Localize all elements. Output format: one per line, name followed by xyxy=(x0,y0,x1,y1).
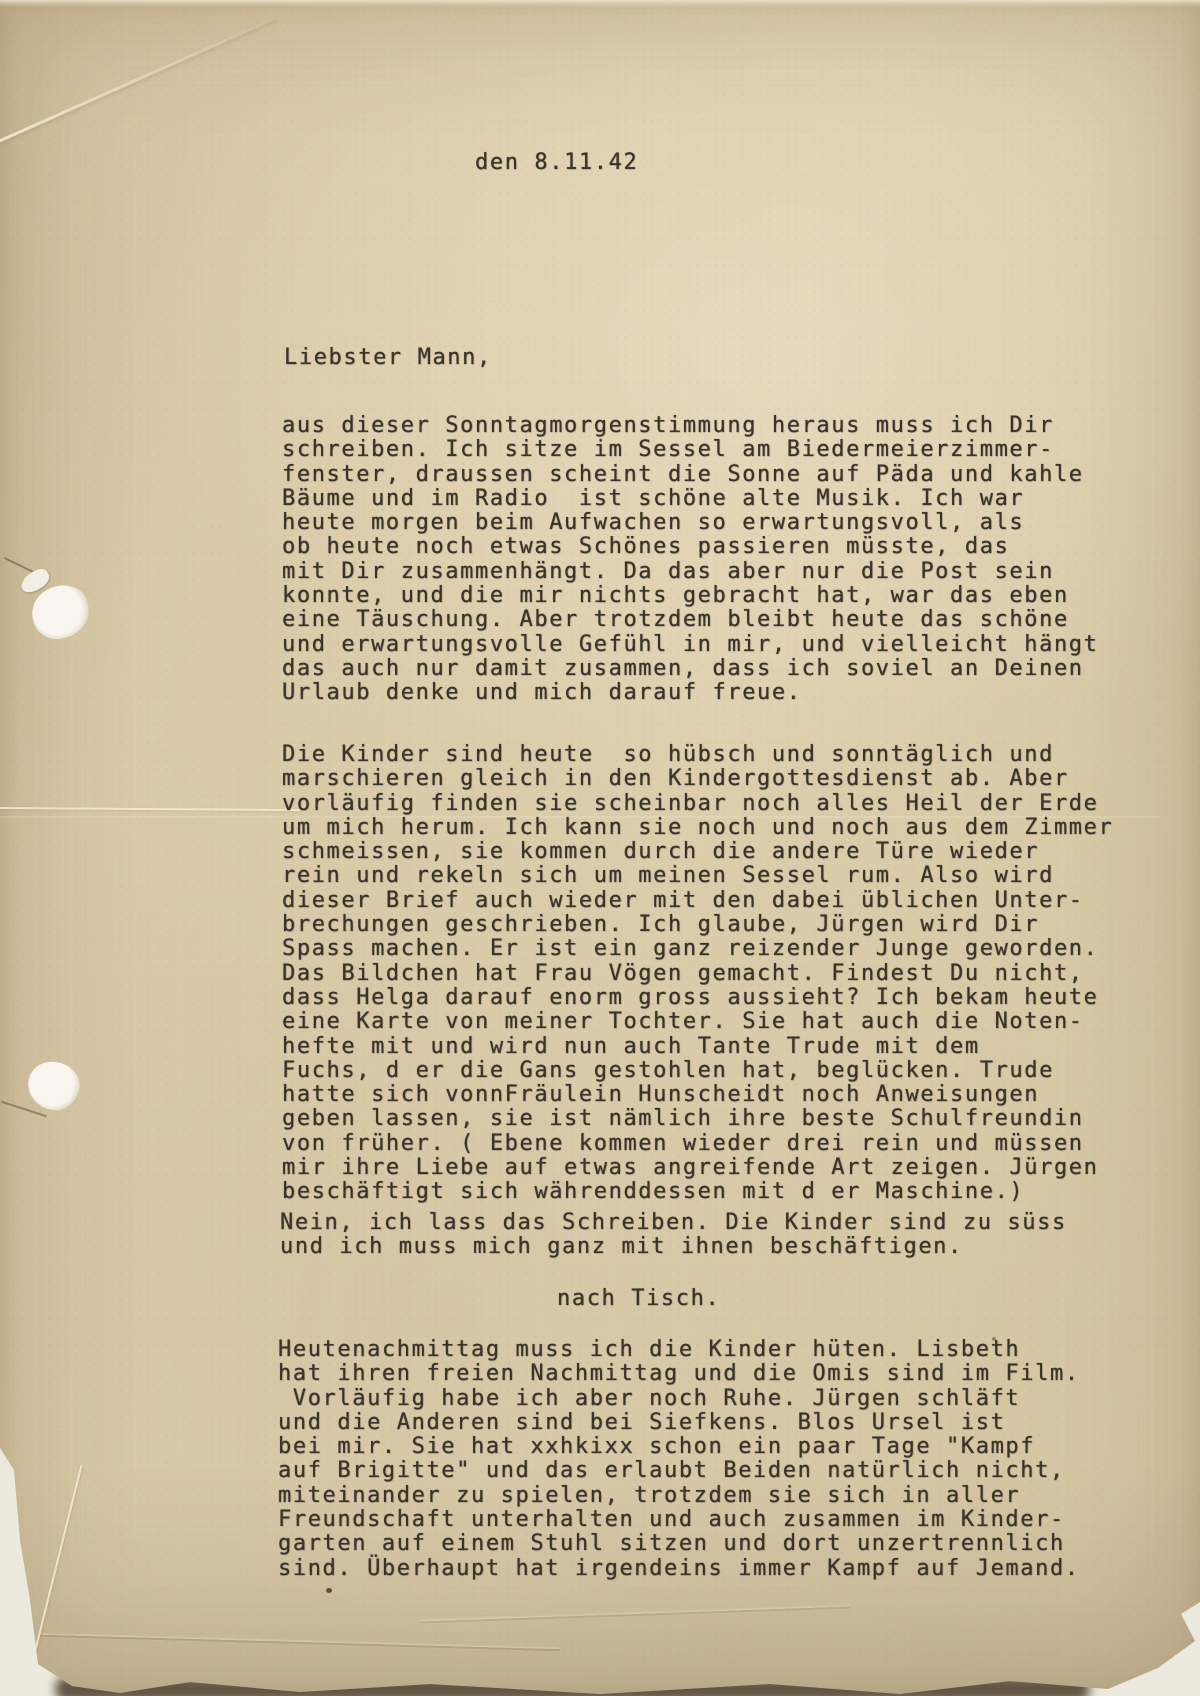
letter-date: den 8.11.42 xyxy=(475,151,638,175)
paper-sheet: den 8.11.42 Liebster Mann, aus dieser So… xyxy=(0,0,1200,1696)
letter-salutation: Liebster Mann, xyxy=(284,346,492,370)
punch-hole-bottom xyxy=(25,1059,83,1114)
letter-paragraph-3: Nein, ich lass das Schreiben. Die Kinder… xyxy=(280,1211,1067,1260)
letter-paragraph-1: aus dieser Sonntagmorgenstimmung heraus … xyxy=(282,414,1098,706)
letter-paragraph-4: Heutenachmittag muss ich die Kinder hüte… xyxy=(278,1338,1080,1581)
ink-speck xyxy=(326,1588,332,1593)
paper-top-edge-highlight xyxy=(0,0,1200,7)
letter-interlude-heading: nach Tisch. xyxy=(557,1287,720,1311)
crease-top-left xyxy=(0,17,275,146)
letter-paragraph-2: Die Kinder sind heute so hübsch und sonn… xyxy=(282,743,1113,1205)
crease-mid-left xyxy=(0,807,300,811)
letter-scan: den 8.11.42 Liebster Mann, aus dieser So… xyxy=(0,0,1200,1696)
